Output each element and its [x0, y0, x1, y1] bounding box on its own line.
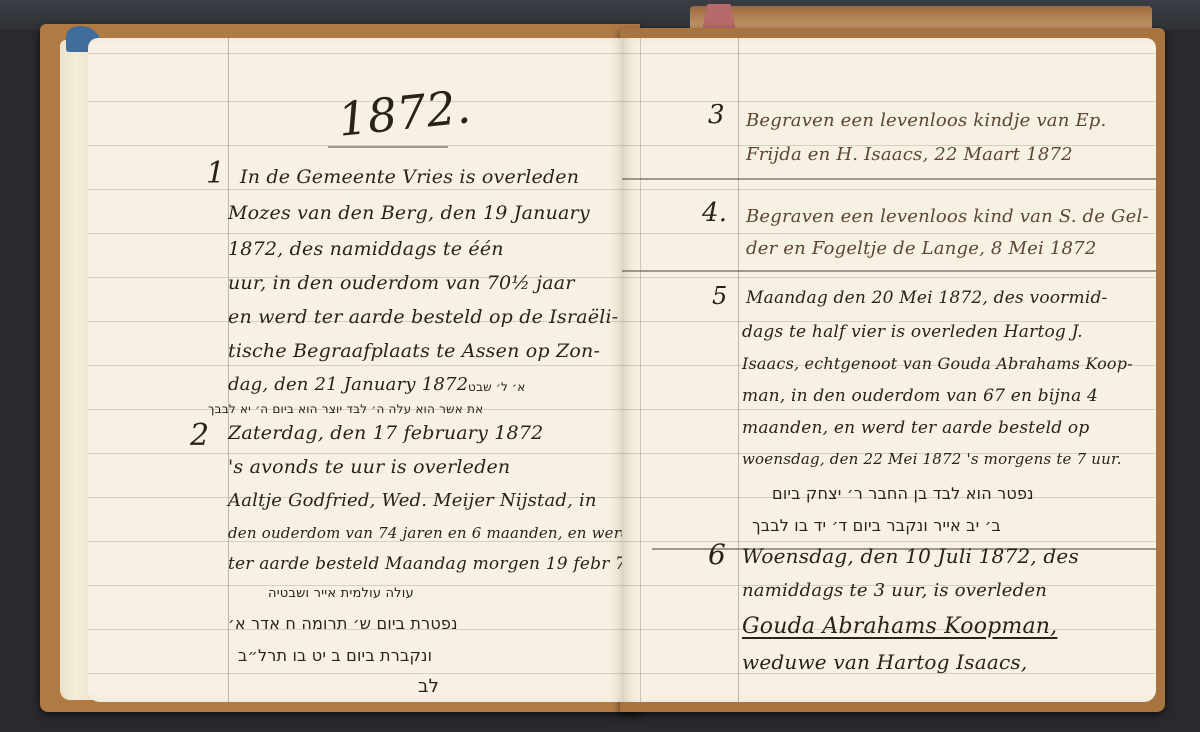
entry-line: Isaacs, echtgenoot van Gouda Abrahams Ko… [742, 354, 1133, 373]
entry-line: man, in den ouderdom van 67 en bijna 4 [742, 386, 1098, 406]
entry-line: dag, den 21 January 1872 [228, 374, 468, 395]
hebrew-line: נפטר הוא לבד בן החבר ר׳ יצחק ביום [772, 484, 1034, 503]
left-page: 1872. 1 In de Gemeente Vries is overlede… [88, 38, 624, 702]
entry-separator [622, 270, 1156, 272]
entry-line: Aaltje Godfried, Wed. Meijer Nijstad, in [228, 490, 597, 511]
entry-line: In de Gemeente Vries is overleden [240, 166, 579, 188]
entry-line: maanden, en werd ter aarde besteld op [742, 418, 1089, 438]
hebrew-line: ונקברת ביום ב יט בו תרל״ב [238, 646, 432, 665]
entry-line: den ouderdom van 74 jaren en 6 maanden, … [228, 524, 631, 542]
entry-line: en werd ter aarde besteld op de Israëli- [228, 306, 618, 328]
margin-line [738, 38, 739, 702]
entry-line: namiddags te 3 uur, is overleden [742, 580, 1047, 601]
entry-number: 1 [206, 156, 225, 191]
entry-line: der en Fogeltje de Lange, 8 Mei 1872 [746, 238, 1096, 259]
entry-line: 1872, des namiddags te één [228, 238, 504, 260]
entry-line: ter aarde besteld Maandag morgen 19 febr… [228, 554, 637, 574]
entry-number: 5 [712, 282, 727, 310]
entry-line: tische Begraafplaats te Assen op Zon- [228, 340, 600, 362]
year-heading: 1872. [336, 79, 474, 147]
entry-line: Begraven een levenloos kind van S. de Ge… [746, 206, 1149, 227]
margin-line [228, 38, 229, 702]
entry-line: dags te half vier is overleden Hartog J. [742, 322, 1083, 342]
gutter-line [640, 38, 641, 702]
hebrew-line: נפטרת ביום ש׳ תרומה ח אדר א׳ [228, 614, 458, 633]
heading-underline [328, 146, 448, 148]
entry-number: 2 [190, 418, 209, 453]
entry-number: 4. [702, 198, 727, 228]
entry-line: weduwe van Hartog Isaacs, [742, 650, 1027, 674]
entry-line: Zaterdag, den 17 february 1872 [228, 422, 543, 444]
hebrew-line: עולה עולמית אייר ושבטיה [268, 586, 414, 601]
entry-line: Frijda en H. Isaacs, 22 Maart 1872 [746, 144, 1073, 165]
entry-line: Maandag den 20 Mei 1872, des voormid- [746, 288, 1108, 308]
entry-separator [622, 178, 1156, 180]
entry-line: Begraven een levenloos kindje van Ep. [746, 110, 1106, 131]
entry-number: 3 [708, 100, 725, 130]
hebrew-line: ב׳ יב אייר ונקבר ביום ד׳ יד בו לבבך [752, 516, 1001, 535]
hebrew-line: לב [418, 676, 439, 697]
entry-number: 6 [708, 538, 726, 571]
entry-line: Mozes van den Berg, den 19 January [228, 202, 590, 224]
entry-line: 's avonds te uur is overleden [228, 456, 510, 478]
hebrew-line: א׳ ל׳ שבט [468, 380, 525, 394]
right-page: 3 Begraven een levenloos kindje van Ep. … [622, 38, 1156, 702]
entry-line: Woensdag, den 10 Juli 1872, des [742, 544, 1079, 568]
entry-line: woensdag, den 22 Mei 1872 's morgens te … [742, 450, 1122, 468]
hebrew-line: את אשר הוא עלה ה׳ לבד יוצר הוא ביום ה׳ י… [208, 402, 483, 416]
entry-line: Gouda Abrahams Koopman, [742, 614, 1057, 639]
entry-line: uur, in den ouderdom van 70½ jaar [228, 272, 575, 294]
